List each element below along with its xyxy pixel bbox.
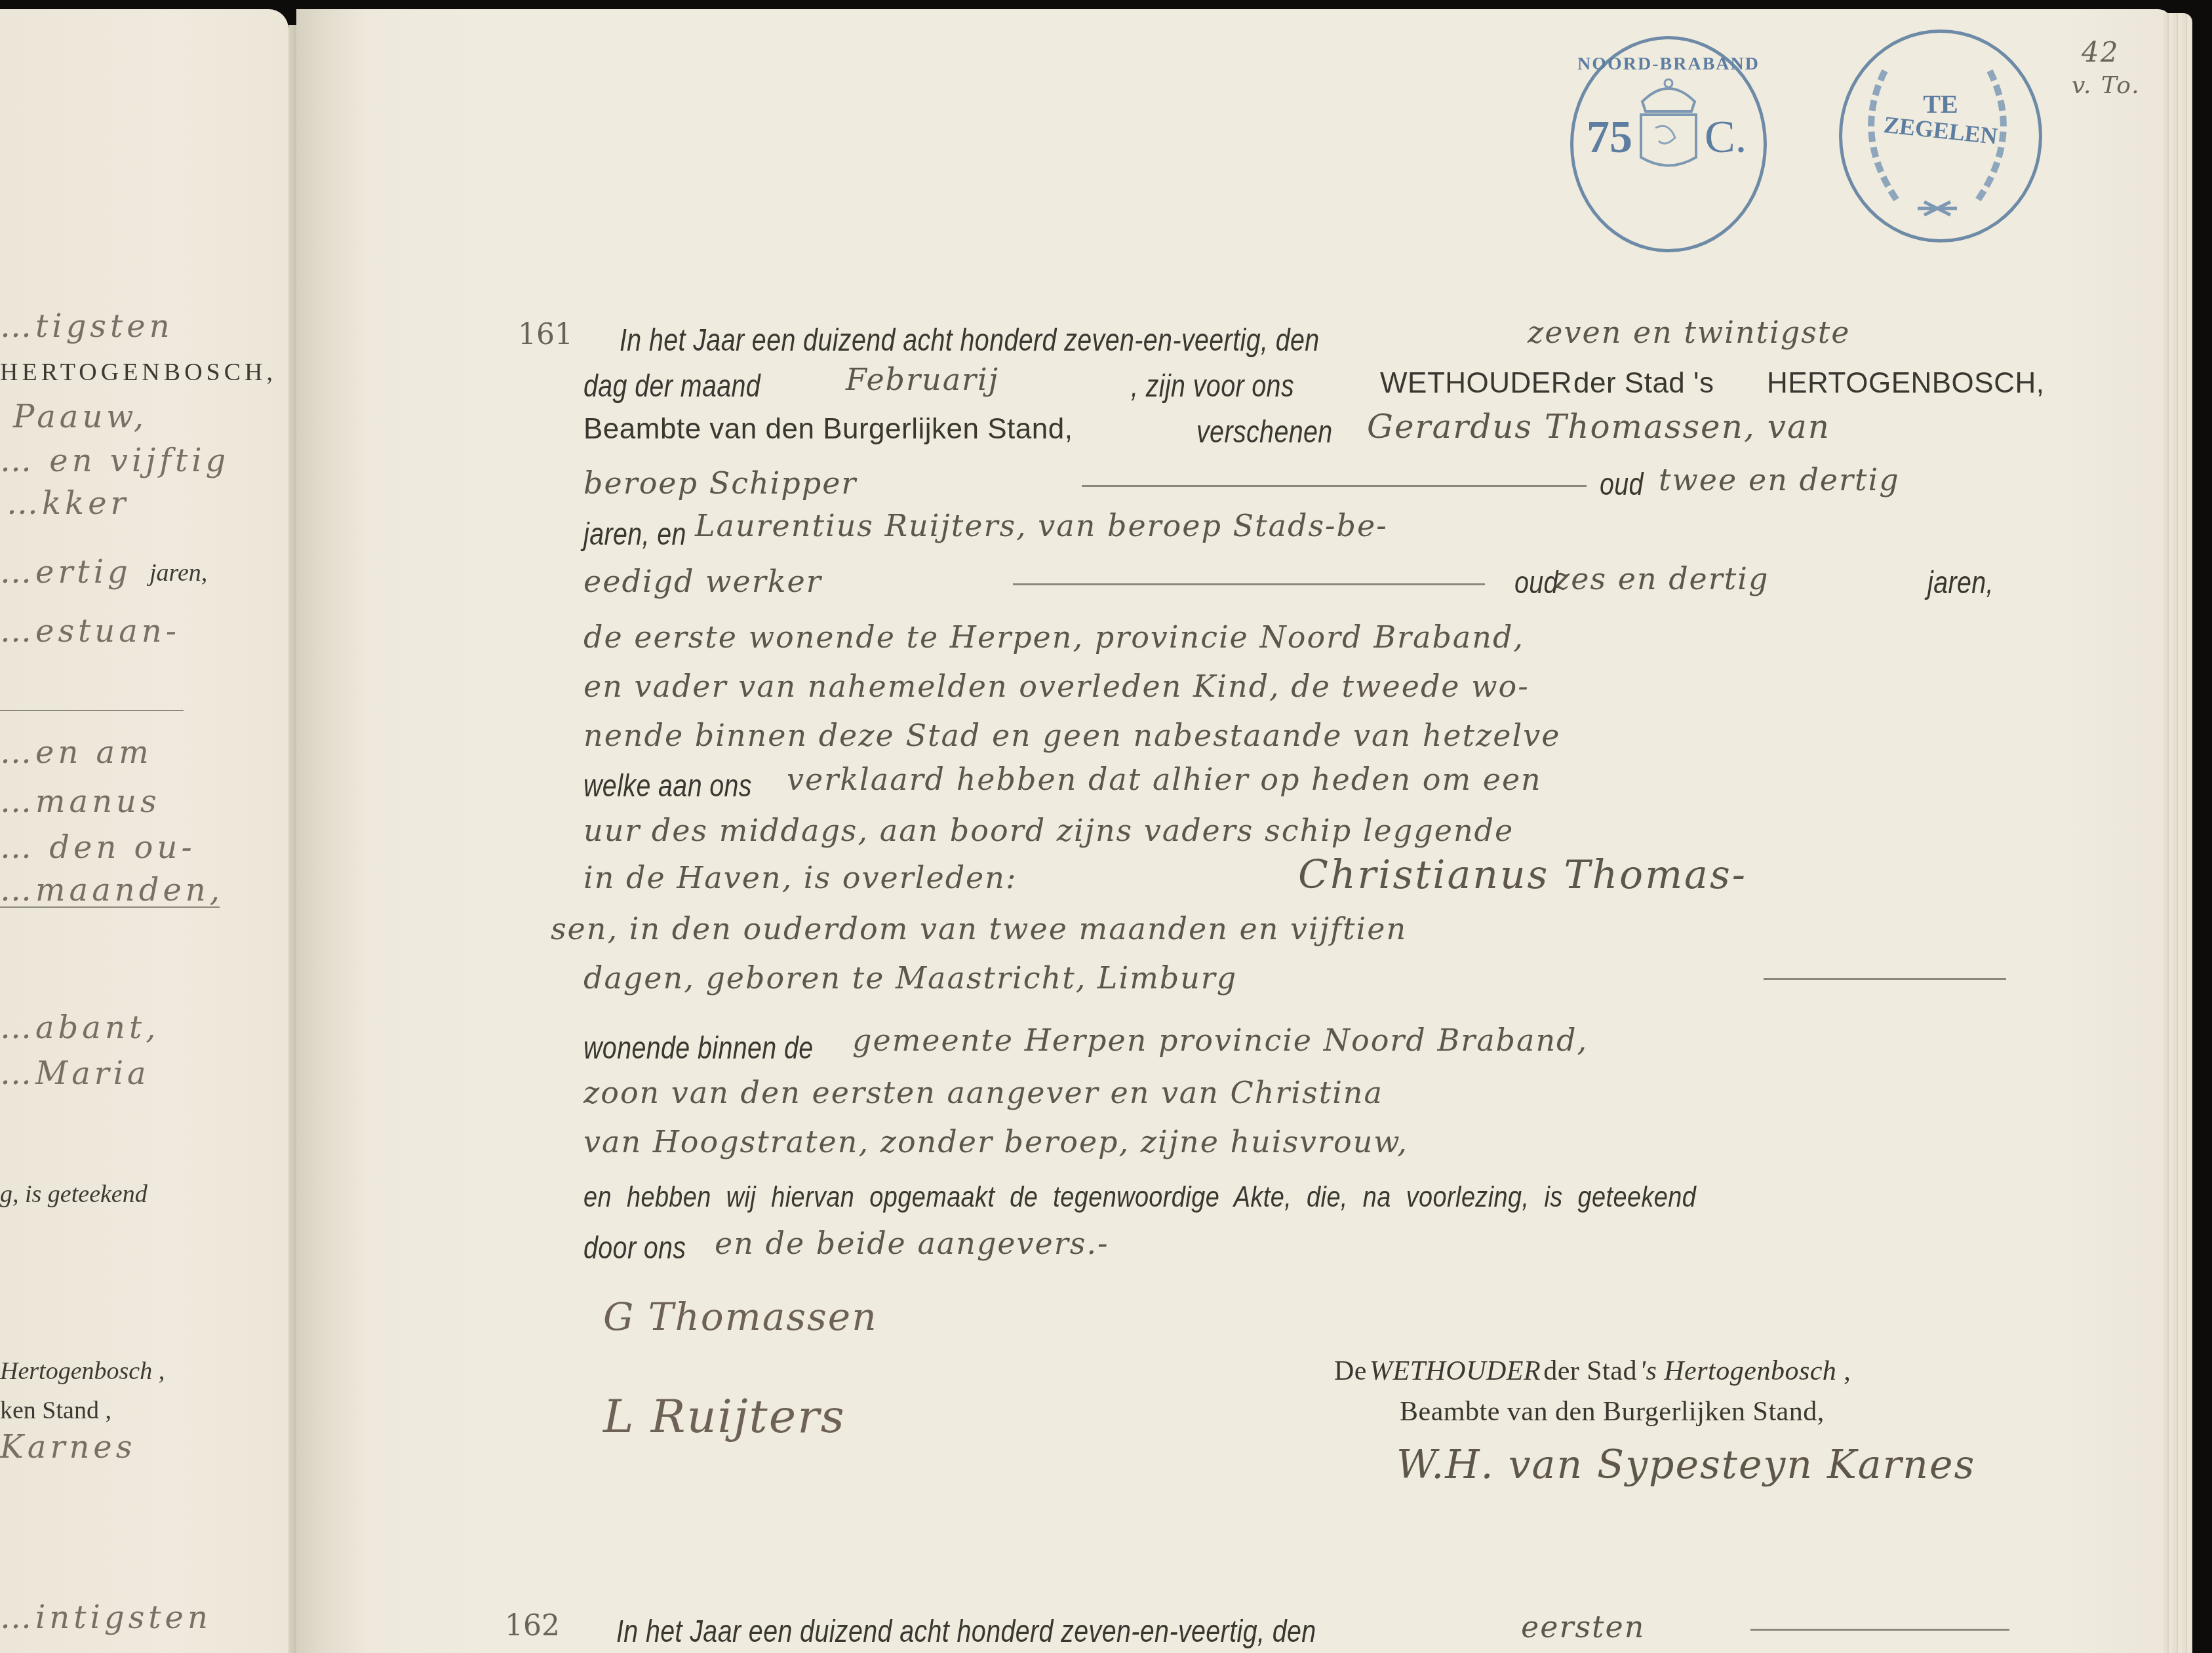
- signature-declarant-1: G Thomassen: [603, 1294, 878, 1339]
- previous-page-edge: [288, 25, 296, 1653]
- tax-stamp: NOORD-BRABAND 75 C.: [1570, 36, 1767, 252]
- handwritten-occupation: beroep Schipper: [583, 465, 857, 501]
- printed-text: De: [1334, 1356, 1367, 1386]
- left-page-line: ken Stand ,: [0, 1396, 111, 1425]
- left-page-line: g, is geteekend: [0, 1180, 148, 1209]
- printed-text: Beambte van den Burgerlijken Stand,: [583, 413, 1073, 446]
- handwritten-deceased-name: Christianus Thomas-: [1298, 852, 1747, 898]
- handwritten-line: zoon van den eersten aangever en van Chr…: [583, 1075, 1383, 1110]
- fill-rule: [1082, 485, 1587, 487]
- handwritten-day: eersten: [1521, 1609, 1645, 1644]
- printed-text: door ons: [583, 1230, 686, 1266]
- left-page-line: … en vijftig: [0, 442, 229, 479]
- left-page-line: …kker: [7, 485, 130, 522]
- record-number: 162: [505, 1609, 560, 1643]
- printed-text: der Stad: [1543, 1356, 1637, 1386]
- page-edge-stack: [2163, 13, 2192, 1653]
- seal-stamp: TE ZEGELEN: [1839, 29, 2042, 243]
- left-page-line: Hertogenbosch ,: [0, 1357, 165, 1386]
- handwritten-declarant-1: Gerardus Thomassen, van: [1367, 408, 1830, 446]
- handwritten-age: twee en dertig: [1659, 462, 1900, 497]
- record-number: 161: [518, 318, 573, 351]
- handwritten-day: zeven en twintigste: [1528, 315, 1851, 350]
- printed-text: In het Jaar een duizend acht honderd zev…: [620, 322, 1320, 359]
- handwritten-line: sen, in den ouderdom van twee maanden en…: [551, 911, 1407, 946]
- printed-text: WETHOUDER: [1370, 1356, 1541, 1386]
- printed-text: 's Hertogenbosch ,: [1640, 1356, 1851, 1386]
- printed-text: , zijn voor ons: [1131, 368, 1294, 404]
- printed-text: verschenen: [1196, 414, 1333, 450]
- handwritten-line: dagen, geboren te Maastricht, Limburg: [583, 960, 1237, 996]
- signature-declarant-2: L Ruijters: [603, 1390, 846, 1443]
- handwritten-line: uur des middags, aan boord zijns vaders …: [583, 813, 1514, 848]
- left-page-line: Karnes: [0, 1429, 136, 1466]
- printed-text: oud: [1514, 565, 1558, 601]
- printed-text: dag der maand: [583, 368, 760, 404]
- printed-text: WETHOUDER: [1380, 367, 1572, 400]
- left-page-rule: [0, 710, 184, 711]
- left-page-line: …maanden,: [0, 872, 224, 908]
- left-page-line: …manus: [0, 783, 161, 820]
- handwritten-line: verklaard hebben dat alhier op heden om …: [787, 762, 1542, 797]
- left-page-line: …estuan-: [0, 613, 180, 650]
- left-page-line: HERTOGENBOSCH,: [0, 358, 277, 387]
- handwritten-month: Februarij: [846, 362, 999, 397]
- left-page-line: …tigsten: [0, 308, 174, 345]
- folio-annotation: v. To.: [2072, 72, 2141, 99]
- left-page-line: …en am: [0, 734, 153, 771]
- handwritten-line: in de Haven, is overleden:: [583, 860, 1017, 895]
- printed-text: oud: [1600, 467, 1644, 503]
- printed-text: wonende binnen de: [583, 1030, 814, 1066]
- printed-text: en hebben wij hiervan opgemaakt de tegen…: [583, 1181, 1696, 1214]
- printed-text: In het Jaar een duizend acht honderd zev…: [616, 1614, 1316, 1650]
- left-page-rule: [0, 906, 220, 908]
- fill-rule: [1013, 583, 1485, 585]
- printed-text: HERTOGENBOSCH,: [1767, 367, 2044, 400]
- handwritten-line: de eerste wonende te Herpen, provincie N…: [583, 619, 1524, 655]
- fill-rule: [1764, 978, 2006, 980]
- stamp-arc-text: NOORD-BRABAND: [1573, 54, 1764, 75]
- left-page-line: Paauw,: [13, 399, 148, 435]
- printed-text: welke aan ons: [583, 768, 752, 804]
- left-page-line: …Maria: [0, 1055, 150, 1092]
- stamp-value: 75: [1587, 111, 1632, 164]
- fill-rule: [1750, 1629, 2009, 1631]
- printed-text: der Stad 's: [1573, 367, 1714, 400]
- stamp-unit: C.: [1705, 111, 1747, 164]
- handwritten-line: van Hoogstraten, zonder beroep, zijne hu…: [583, 1124, 1408, 1159]
- printed-text: jaren, en: [583, 516, 686, 553]
- printed-text: jaren,: [1927, 565, 1994, 601]
- folio-number: 42: [2082, 36, 2119, 68]
- handwritten-line: en vader van nahemelden overleden Kind, …: [583, 669, 1530, 704]
- left-page-line: …ertig: [0, 554, 132, 591]
- left-page-line: …intigsten: [0, 1599, 212, 1636]
- handwritten-line: nende binnen deze Stad en geen nabestaan…: [583, 718, 1560, 753]
- handwritten-age: zes en dertig: [1554, 561, 1769, 596]
- left-page-line: jaren,: [149, 558, 207, 587]
- handwritten-line: gemeente Herpen provincie Noord Braband,: [852, 1022, 1588, 1058]
- crown-shield-icon: [1629, 75, 1708, 174]
- left-page-line: …abant,: [0, 1009, 159, 1046]
- left-page-line: … den ou-: [0, 829, 196, 866]
- handwritten-line: en de beide aangevers.-: [715, 1226, 1109, 1261]
- officer-subtitle: Beambte van den Burgerlijken Stand,: [1400, 1396, 1825, 1428]
- handwritten-declarant-2: Laurentius Ruijters, van beroep Stads-be…: [695, 508, 1388, 543]
- signature-official: W.H. van Sypesteyn Karnes: [1396, 1442, 1975, 1488]
- officer-title: De WETHOUDER der Stad 's Hertogenbosch ,: [1334, 1355, 1851, 1387]
- handwritten-occupation: eedigd werker: [583, 564, 822, 599]
